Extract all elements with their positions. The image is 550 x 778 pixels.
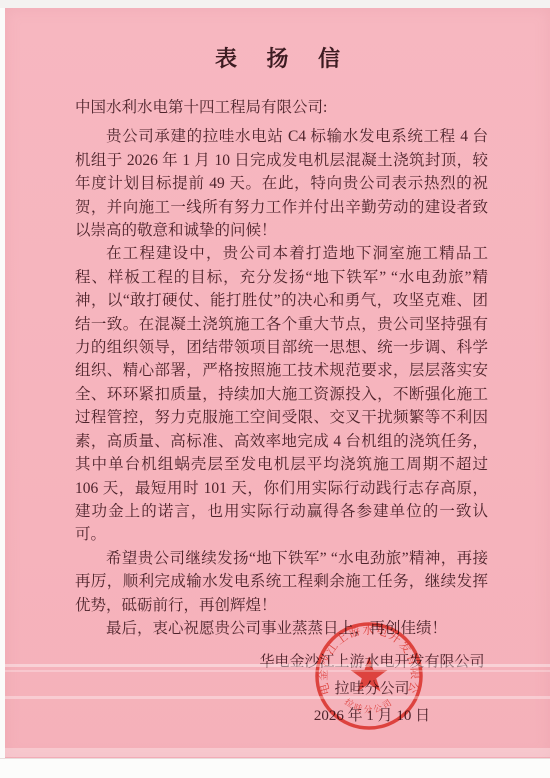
paragraph-achievements: 在工程建设中，贵公司本着打造地下洞室施工精品工程、样板工程的目标，充分发扬“地下… xyxy=(75,242,488,546)
letter-body: 中国水利水电第十四工程局有限公司: 贵公司承建的拉哇水电站 C4 标输水发电系统… xyxy=(75,96,488,640)
letter-page: 表 扬 信 中国水利水电第十四工程局有限公司: 贵公司承建的拉哇水电站 C4 标… xyxy=(5,8,550,758)
signature-company: 华电金沙江上游水电开发有限公司 xyxy=(255,649,489,676)
scan-edge-top xyxy=(0,0,550,8)
paragraph-hope: 希望贵公司继续发扬“地下铁军” “水电劲旅”精神，再接再厉，顺利完成输水发电系统… xyxy=(75,547,488,617)
signature-block: 华电金沙江上游水电开发有限公司 拉哇分公司 2026 年 1 月 10 日 xyxy=(255,649,489,730)
scan-edge-left xyxy=(0,0,5,778)
paragraph-closing-wish: 最后，衷心祝愿贵公司事业蒸蒸日上，再创佳绩！ xyxy=(75,617,488,640)
signature-branch: 拉哇分公司 xyxy=(255,676,489,703)
scan-edge-bottom xyxy=(0,758,550,778)
recipient-line: 中国水利水电第十四工程局有限公司: xyxy=(75,96,488,119)
paragraph-congratulations: 贵公司承建的拉哇水电站 C4 标输水发电系统工程 4 台机组于 2026 年 1… xyxy=(75,125,488,242)
letter-title: 表 扬 信 xyxy=(5,42,550,73)
signature-date: 2026 年 1 月 10 日 xyxy=(255,703,489,730)
